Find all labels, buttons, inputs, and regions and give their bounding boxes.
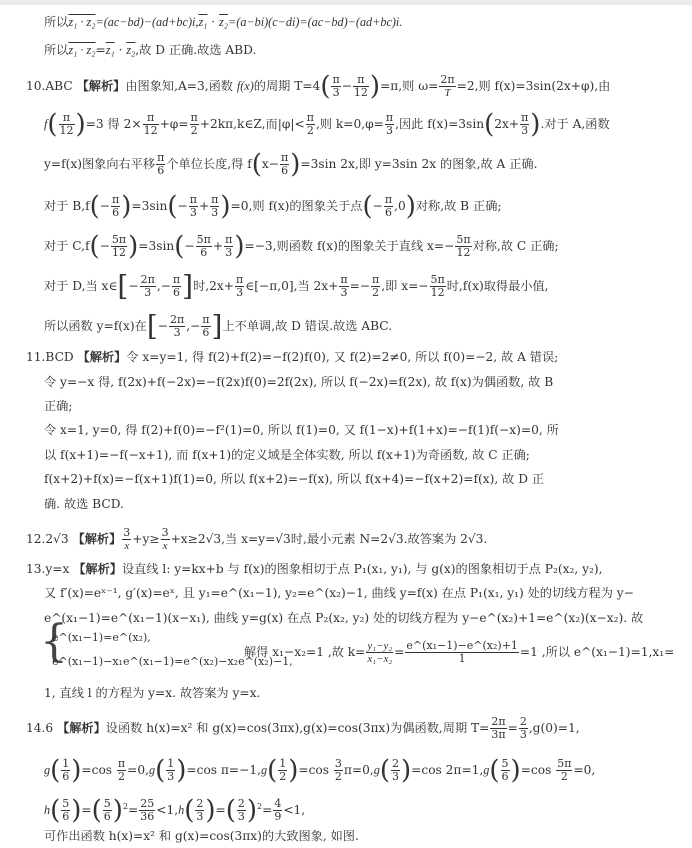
fraction: π3 (385, 112, 394, 137)
q11-line-3: 正确; (44, 396, 72, 416)
math: =(a−bi)(c−di)=(ac−bd)−(ad+bc)i. (228, 15, 402, 29)
fraction: π6 (384, 194, 393, 219)
analysis-tag: 【解析】 (73, 532, 122, 546)
math: z₂ (126, 43, 135, 57)
fraction: π2 (306, 112, 315, 137)
question-number: 12.2√3 (26, 532, 69, 546)
q9-line-1: 所以z₁ · z₂=(ac−bd)−(ad+bc)i,z₁ · z₂=(a−bi… (44, 12, 402, 32)
fraction: π12 (143, 112, 159, 137)
fraction: 2π3 (169, 314, 185, 339)
fraction: 2πT (439, 74, 455, 99)
q10-line-2: f(π12)=3 得 2×π12+φ=π2+2kπ,k∈Z,而|φ|<π2,则 … (44, 112, 610, 137)
fraction: 3x (161, 527, 170, 552)
fraction: π6 (172, 274, 181, 299)
fraction: 2π3 (140, 274, 156, 299)
fraction: π3 (210, 194, 219, 219)
fraction: π12 (353, 74, 369, 99)
q11-line-1: 11.BCD 【解析】令 x=y=1, 得 f(2)+f(2)=−f(2)f(0… (26, 347, 558, 367)
q13-line-2: 又 f′(x)=eˣ⁻¹, g′(x)=eˣ, 且 y₁=e^(x₁−1), y… (44, 583, 634, 603)
fraction: π3 (189, 194, 198, 219)
fraction: π2 (190, 112, 199, 137)
q13-system-eq-1: e^(x₁−1)=e^(x₂), (52, 628, 151, 648)
fraction: 23 (519, 716, 528, 741)
text: =2,则 f(x)=3sin(2x+φ),由 (457, 79, 611, 93)
q10-line-5: 对于 C,f(−5π12)=3sin(−5π6+π3)=−3,则函数 f(x)的… (44, 234, 559, 259)
fraction: 5π6 (196, 234, 212, 259)
q14-line-4: 可作出函数 h(x)=x² 和 g(x)=cos(3πx)的大致图象, 如图. (44, 826, 359, 846)
q14-line-1: 14.6 【解析】设函数 h(x)=x² 和 g(x)=cos(3πx),g(x… (26, 716, 580, 741)
math: f(x) (237, 79, 254, 93)
q10-line-4: 对于 B,f(−π6)=3sin(−π3+π3)=0,则 f(x)的图象关于点(… (44, 194, 502, 219)
math: · (207, 15, 219, 29)
q14-line-2: g(16)=cos π2=0,g(13)=cos π=−1,g(12)=cos … (44, 758, 595, 783)
fraction: π3 (339, 274, 348, 299)
fraction: π3 (520, 112, 529, 137)
fraction: 5π12 (455, 234, 471, 259)
question-number: 11.BCD (26, 350, 74, 364)
math: · (115, 43, 127, 57)
text: 由图象知,A=3,函数 (125, 79, 237, 93)
q12-line: 12.2√3 【解析】3x+y≥3x+x≥2√3,当 x=y=√3时,最小元素 … (26, 527, 487, 552)
analysis-tag: 【解析】 (73, 562, 122, 576)
q13-line-3: e^(x₁−1)=e^(x₁−1)(x−x₁), 曲线 y=g(x) 在点 P₂… (44, 608, 643, 628)
q11-line-4: 令 x=1, y=0, 得 f(2)+f(0)=−f²(1)=0, 所以 f(1… (44, 420, 559, 440)
q10-line-1: 10.ABC 【解析】由图象知,A=3,函数 f(x)的周期 T=4(π3−π1… (26, 74, 610, 99)
fraction: 3x (122, 527, 131, 552)
math: z₁ · z₂ (68, 43, 95, 57)
question-number: 14.6 (26, 721, 53, 735)
fraction: π6 (280, 152, 289, 177)
top-bar (0, 0, 692, 5)
math: = (95, 43, 105, 57)
fraction: π6 (111, 194, 120, 219)
fraction: y₁−y₂x₁−x₂ (366, 640, 393, 665)
question-number: 13.y=x (26, 562, 69, 576)
text: 设直线 l: y=kx+b 与 f(x)的图象相切于点 P₁(x₁, y₁), … (122, 562, 603, 576)
text: 所以 (44, 15, 68, 29)
fraction: π3 (224, 234, 233, 259)
math: =(ac−bd)−(ad+bc)i, (95, 15, 198, 29)
math: z₂ (219, 15, 228, 29)
math: z₁ (106, 43, 115, 57)
text: 所以 (44, 43, 68, 57)
text: =π,则 ω= (380, 79, 438, 93)
q10-line-7: 所以函数 y=f(x)在[−2π3,−π6]上不单调,故 D 错误.故选 ABC… (44, 314, 392, 339)
q11-line-6: f(x+2)+f(x)=−f(x+1)f(1)=0, 所以 f(x+2)=−f(… (44, 469, 544, 489)
text: ,故 D 正确.故选 ABD. (135, 43, 256, 57)
analysis-tag: 【解析】 (57, 721, 106, 735)
q10-line-6: 对于 D,当 x∈[−2π3,−π6]时,2x+π3∈[−π,0],当 2x+π… (44, 274, 549, 299)
q13-line-1: 13.y=x 【解析】设直线 l: y=kx+b 与 f(x)的图象相切于点 P… (26, 559, 603, 579)
q13-solve: 解得 x₁−x₂=1 ,故 k=y₁−y₂x₁−x₂=e^(x₁−1)−e^(x… (244, 640, 674, 665)
q10-line-3: y=f(x)图象向右平移π6个单位长度,得 f(x−π6)=3sin 2x,即 … (44, 152, 537, 177)
fraction: 2π3π (490, 716, 506, 741)
fraction: 5π12 (430, 274, 446, 299)
fraction: π3 (331, 74, 340, 99)
fraction: π3 (235, 274, 244, 299)
text: 的周期 T=4 (254, 79, 321, 93)
analysis-tag: 【解析】 (78, 350, 127, 364)
text: 令 x=y=1, 得 f(2)+f(2)=−f(2)f(0), 又 f(2)=2… (126, 350, 558, 364)
q11-line-7: 确. 故选 BCD. (44, 494, 124, 514)
fraction: π6 (201, 314, 210, 339)
q11-line-5: 以 f(x+1)=−f(−x+1), 而 f(x+1)的定义域是全体实数, 所以… (44, 445, 530, 465)
math: z₁ · z₂ (68, 15, 95, 29)
q9-line-2: 所以z₁ · z₂=z₁ · z₂,故 D 正确.故选 ABD. (44, 40, 256, 60)
q13-line-5: 1, 直线 l 的方程为 y=x. 故答案为 y=x. (44, 683, 260, 703)
fraction: π6 (156, 152, 165, 177)
fraction: 5π12 (111, 234, 127, 259)
fraction: π2 (371, 274, 380, 299)
fraction: π12 (59, 112, 75, 137)
fraction: e^(x₁−1)−e^(x₂)+11 (405, 640, 519, 665)
q14-line-3: h(56)=(56)2=2536<1,h(23)=(23)2=49<1, (44, 798, 305, 823)
analysis-tag: 【解析】 (77, 79, 126, 93)
q11-line-2: 令 y=−x 得, f(2x)+f(−2x)=−f(2x)f(0)=2f(2x)… (44, 372, 553, 392)
question-number: 10.ABC (26, 79, 73, 93)
